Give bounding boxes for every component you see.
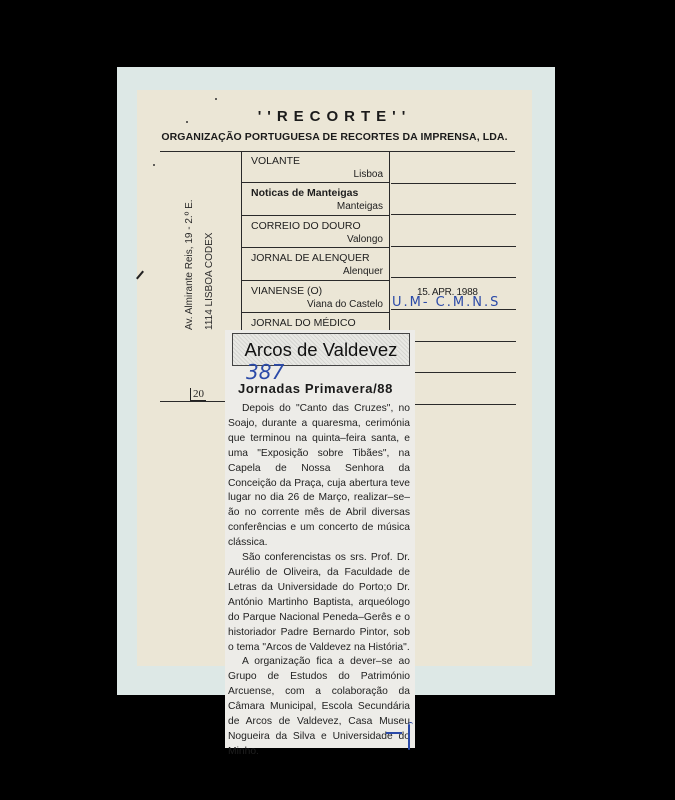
- stamp-rule: [415, 372, 516, 373]
- publication-row: VOLANTE Lisboa: [243, 151, 389, 183]
- stamp-rule: [391, 277, 516, 278]
- publication-name: VOLANTE: [251, 155, 300, 167]
- organization-name: ORGANIZAÇÃO PORTUGUESA DE RECORTES DA IM…: [137, 131, 532, 143]
- pen-mark: [408, 722, 413, 727]
- handwritten-code: U.M- C.M.N.S: [392, 295, 500, 310]
- pen-mark: [386, 732, 402, 734]
- table-divider-right: [389, 151, 390, 341]
- stamp-rule: [391, 183, 516, 184]
- stamp-rule: [415, 404, 516, 405]
- publication-city: Alenquer: [343, 266, 383, 277]
- speck: [153, 164, 155, 166]
- article-paragraph: São conferencistas os srs. Prof. Dr. Aur…: [228, 551, 410, 655]
- brand-title: ''RECORTE'': [137, 108, 532, 125]
- publication-city: Manteigas: [337, 201, 383, 212]
- address-line-1: Av. Almirante Reis, 19 - 2.º E.: [180, 199, 200, 330]
- stamp-rule: [415, 341, 516, 342]
- publication-name: JORNAL DO MÉDICO: [251, 317, 356, 329]
- publication-name: CORREIO DO DOURO: [251, 220, 361, 232]
- stamp-rule: [391, 246, 516, 247]
- publication-row: VIANENSE (O) Viana do Castelo: [243, 281, 389, 313]
- article-body: Depois do "Canto das Cruzes", no Soajo, …: [228, 402, 410, 760]
- publication-city: Valongo: [347, 234, 383, 245]
- stamp-rule: [391, 214, 516, 215]
- publication-row: CORREIO DO DOURO Valongo: [243, 216, 389, 248]
- publication-row: JORNAL DE ALENQUER Alenquer: [243, 248, 389, 280]
- article-paragraph: A organização fica a dever–se ao Grupo d…: [228, 655, 410, 759]
- publication-name: VIANENSE (O): [251, 285, 322, 297]
- publication-name: JORNAL DE ALENQUER: [251, 252, 370, 264]
- article-title: Jornadas Primavera/88: [238, 381, 393, 396]
- address-line-2: 1114 LISBOA CODEX: [200, 199, 220, 330]
- page-number: 20: [190, 388, 206, 401]
- publication-city: Viana do Castelo: [307, 299, 383, 310]
- bottom-rule: [160, 401, 225, 402]
- address-block: Av. Almirante Reis, 19 - 2.º E. 1114 LIS…: [180, 199, 220, 330]
- publication-name: Noticas de Manteigas: [251, 187, 358, 199]
- speck: [215, 98, 217, 100]
- publication-city: Lisboa: [354, 169, 383, 180]
- publication-row: Noticas de Manteigas Manteigas: [243, 183, 389, 215]
- pen-mark: [408, 724, 410, 750]
- article-paragraph: Depois do "Canto das Cruzes", no Soajo, …: [228, 402, 410, 551]
